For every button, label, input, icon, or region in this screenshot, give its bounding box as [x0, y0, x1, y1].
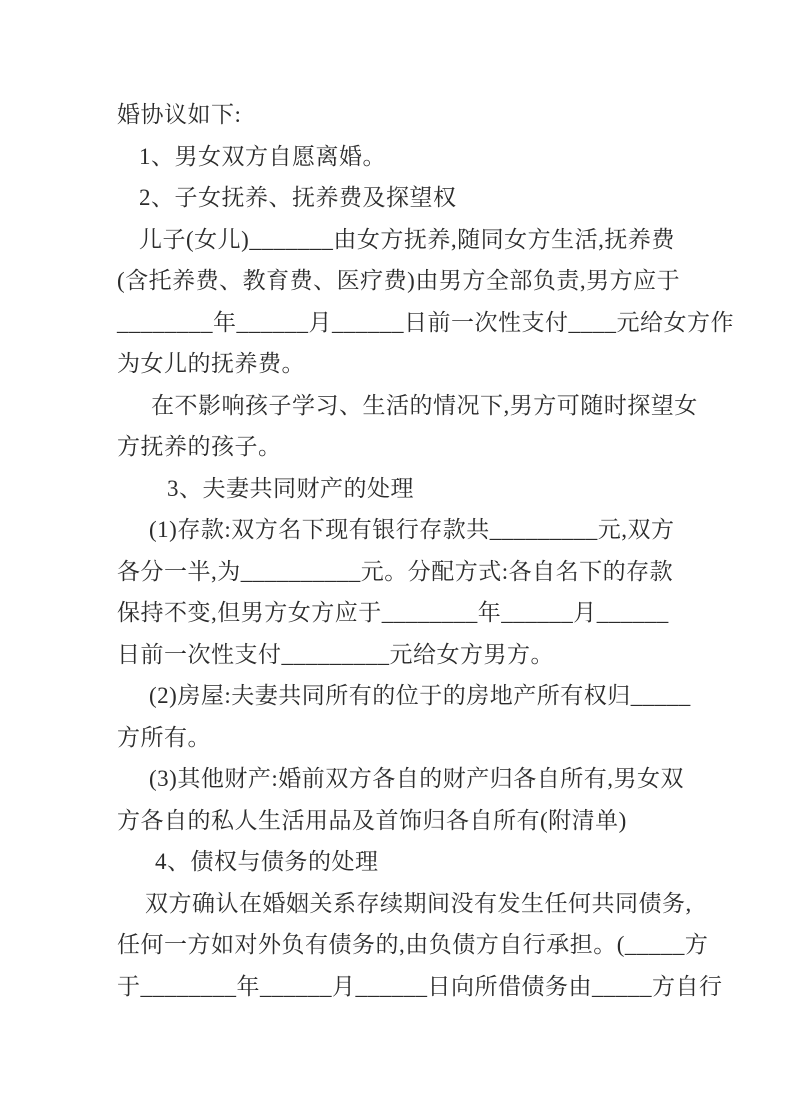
document-line: (含托养费、教育费、医疗费)由男方全部负责,男方应于	[117, 260, 683, 302]
document-line: ________年______月______日前一次性支付____元给女方作	[117, 302, 683, 344]
document-page: 婚协议如下:1、男女双方自愿离婚。2、子女抚养、抚养费及探望权儿子(女儿)___…	[0, 0, 792, 1120]
document-line: (1)存款:双方名下现有银行存款共_________元,双方	[117, 509, 683, 551]
document-line: (3)其他财产:婚前双方各自的财产归各自所有,男女双	[117, 758, 683, 800]
document-line: 于________年______月______日向所借债务由_____方自行	[117, 966, 683, 1008]
document-line: 婚协议如下:	[117, 94, 683, 136]
document-line: 4、债权与债务的处理	[117, 841, 683, 883]
document-body: 婚协议如下:1、男女双方自愿离婚。2、子女抚养、抚养费及探望权儿子(女儿)___…	[117, 94, 683, 1007]
document-line: 方抚养的孩子。	[117, 426, 683, 468]
document-line: 各分一半,为__________元。分配方式:各自名下的存款	[117, 551, 683, 593]
document-line: 方所有。	[117, 717, 683, 759]
document-line: (2)房屋:夫妻共同所有的位于的房地产所有权归_____	[117, 675, 683, 717]
document-line: 2、子女抚养、抚养费及探望权	[117, 177, 683, 219]
document-line: 保持不变,但男方女方应于________年______月______	[117, 592, 683, 634]
document-line: 在不影响孩子学习、生活的情况下,男方可随时探望女	[117, 385, 683, 427]
document-line: 为女儿的抚养费。	[117, 343, 683, 385]
document-line: 任何一方如对外负有债务的,由负债方自行承担。(_____方	[117, 924, 683, 966]
document-line: 3、夫妻共同财产的处理	[117, 468, 683, 510]
document-line: 1、男女双方自愿离婚。	[117, 136, 683, 178]
document-line: 双方确认在婚姻关系存续期间没有发生任何共同债务,	[117, 883, 683, 925]
document-line: 日前一次性支付_________元给女方男方。	[117, 634, 683, 676]
document-line: 儿子(女儿)_______由女方抚养,随同女方生活,抚养费	[117, 219, 683, 261]
document-line: 方各自的私人生活用品及首饰归各自所有(附清单)	[117, 800, 683, 842]
